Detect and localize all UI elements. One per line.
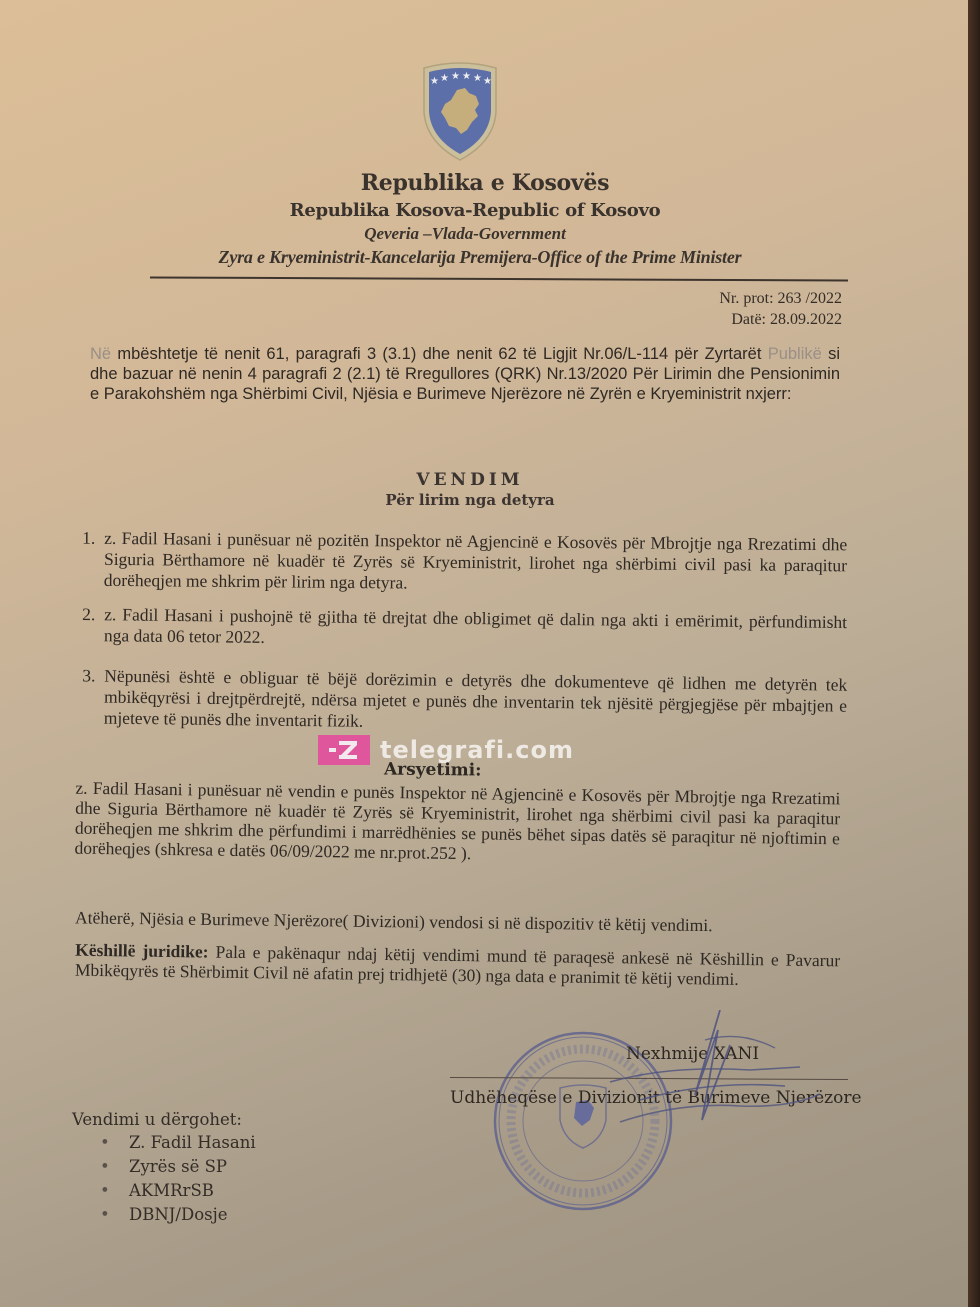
distribution-title: Vendimi u dërgohet: <box>72 1110 256 1129</box>
document-date: Datë: 28.09.2022 <box>719 309 842 330</box>
header-title: Republika e Kosovës <box>0 170 970 196</box>
reference-block: Nr. prot: 263 /2022 Datë: 28.09.2022 <box>719 288 842 330</box>
intro-paragraph: Në mbështetje të nenit 61, paragrafi 3 (… <box>90 344 840 404</box>
legal-advice-label: Këshillë juridike: <box>75 940 209 962</box>
header-government: Qeveria –Vlada-Government <box>0 224 950 244</box>
decision-item: 3. Nëpunësi është e obliguar të bëjë dor… <box>82 665 848 737</box>
svg-text:★: ★ <box>462 71 471 82</box>
svg-text:★: ★ <box>483 76 492 87</box>
handwritten-signature-icon <box>600 1010 830 1150</box>
reasoning-title: Arsyetimi: <box>384 759 482 780</box>
intro-faded-word: Publikë <box>768 345 822 363</box>
distribution-list: Z. Fadil Hasani Zyrës së SP AKMRrSB DBNJ… <box>72 1131 256 1227</box>
svg-text:★: ★ <box>451 71 460 82</box>
decision-item: 1. z. Fadil Hasani i punësuar në pozitën… <box>82 528 848 598</box>
distribution-item: Z. Fadil Hasani <box>72 1131 256 1155</box>
decision-title: VENDIM <box>0 470 940 490</box>
svg-text:★: ★ <box>473 73 482 84</box>
decision-item: 2. z. Fadil Hasani i pushojnë të gjitha … <box>82 604 847 654</box>
decision-subtitle: Për lirim nga detyra <box>0 491 940 509</box>
header-office: Zyra e Kryeministrit-Kancelarija Premije… <box>0 247 960 268</box>
legal-advice-paragraph: Këshillë juridike: Pala e pakënaqur ndaj… <box>75 940 840 991</box>
protocol-number: Nr. prot: 263 /2022 <box>719 288 842 309</box>
conclusion-paragraph: Atëherë, Njësia e Burimeve Njerëzore( Di… <box>75 907 840 936</box>
header-subtitle: Republika Kosova-Republic of Kosovo <box>0 200 960 221</box>
reasoning-paragraph: z. Fadil Hasani i punësuar në vendin e p… <box>74 778 840 869</box>
intro-faded-word: Në <box>90 345 111 363</box>
distribution-item: AKMRrSB <box>72 1179 256 1203</box>
svg-text:★: ★ <box>430 76 439 87</box>
background-edge <box>968 0 980 1307</box>
telegrafi-logo-icon <box>318 735 370 765</box>
distribution-item: DBNJ/Dosje <box>72 1203 256 1227</box>
header-divider <box>150 276 848 281</box>
svg-text:★: ★ <box>440 73 449 84</box>
kosovo-coat-of-arms-icon: ★ ★ ★ ★ ★ ★ <box>421 60 499 162</box>
distribution-item: Zyrës së SP <box>72 1155 256 1179</box>
distribution-block: Vendimi u dërgohet: Z. Fadil Hasani Zyrë… <box>72 1110 256 1227</box>
